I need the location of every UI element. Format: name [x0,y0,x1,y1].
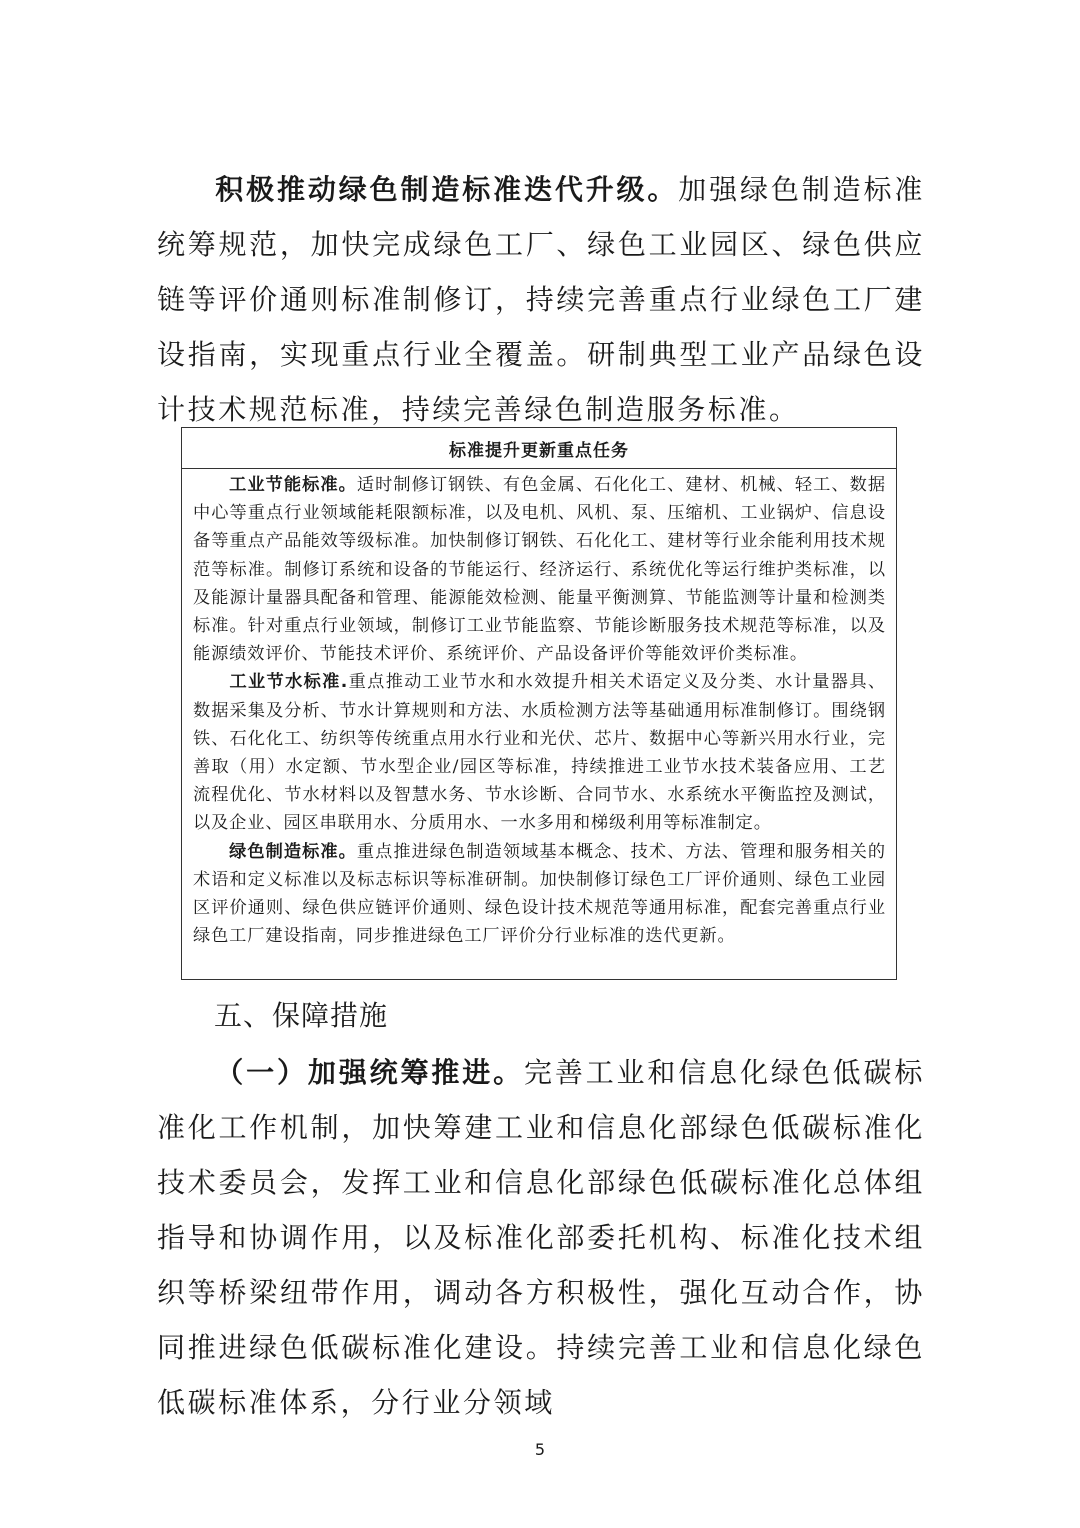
key-tasks-box: 标准提升更新重点任务 工业节能标准。适时制修订钢铁、有色金属、石化化工、建材、机… [181,427,897,980]
paragraph-body: 完善工业和信息化绿色低碳标准化工作机制，加快筹建工业和信息化部绿色低碳标准化技术… [157,1056,925,1419]
page-number: 5 [0,1440,1080,1459]
box-body: 工业节能标准。适时制修订钢铁、有色金属、石化化工、建材、机械、轻工、数据中心等重… [182,469,896,950]
paragraph-lead: （一）加强统筹推进。 [215,1056,524,1089]
paragraph-lead: 积极推动绿色制造标准迭代升级。 [215,173,678,206]
paragraph-body: 加强绿色制造标准统筹规范，加快完成绿色工厂、绿色工业园区、绿色供应链等评价通则标… [157,173,925,426]
paragraph-coordination: （一）加强统筹推进。完善工业和信息化绿色低碳标准化工作机制，加快筹建工业和信息化… [157,1045,925,1430]
document-page: 积极推动绿色制造标准迭代升级。加强绿色制造标准统筹规范，加快完成绿色工厂、绿色工… [0,0,1080,1528]
box-item-body: 重点推动工业节水和水效提升相关术语定义及分类、水计量器具、数据采集及分析、节水计… [193,672,886,833]
section-heading: 五、保障措施 [214,996,388,1036]
box-item-industrial-water-saving: 工业节水标准.重点推动工业节水和水效提升相关术语定义及分类、水计量器具、数据采集… [193,668,886,837]
box-title: 标准提升更新重点任务 [182,428,896,469]
box-item-lead: 工业节能标准。 [229,475,357,495]
box-item-lead: 绿色制造标准。 [229,842,357,862]
box-item-green-manufacturing: 绿色制造标准。重点推进绿色制造领域基本概念、技术、方法、管理和服务相关的术语和定… [193,838,886,951]
box-item-industrial-energy-saving: 工业节能标准。适时制修订钢铁、有色金属、石化化工、建材、机械、轻工、数据中心等重… [193,471,886,668]
box-item-lead: 工业节水标准. [229,672,348,692]
paragraph-green-manufacturing-upgrade: 积极推动绿色制造标准迭代升级。加强绿色制造标准统筹规范，加快完成绿色工厂、绿色工… [157,162,925,437]
box-item-body: 适时制修订钢铁、有色金属、石化化工、建材、机械、轻工、数据中心等重点行业领域能耗… [193,475,886,664]
